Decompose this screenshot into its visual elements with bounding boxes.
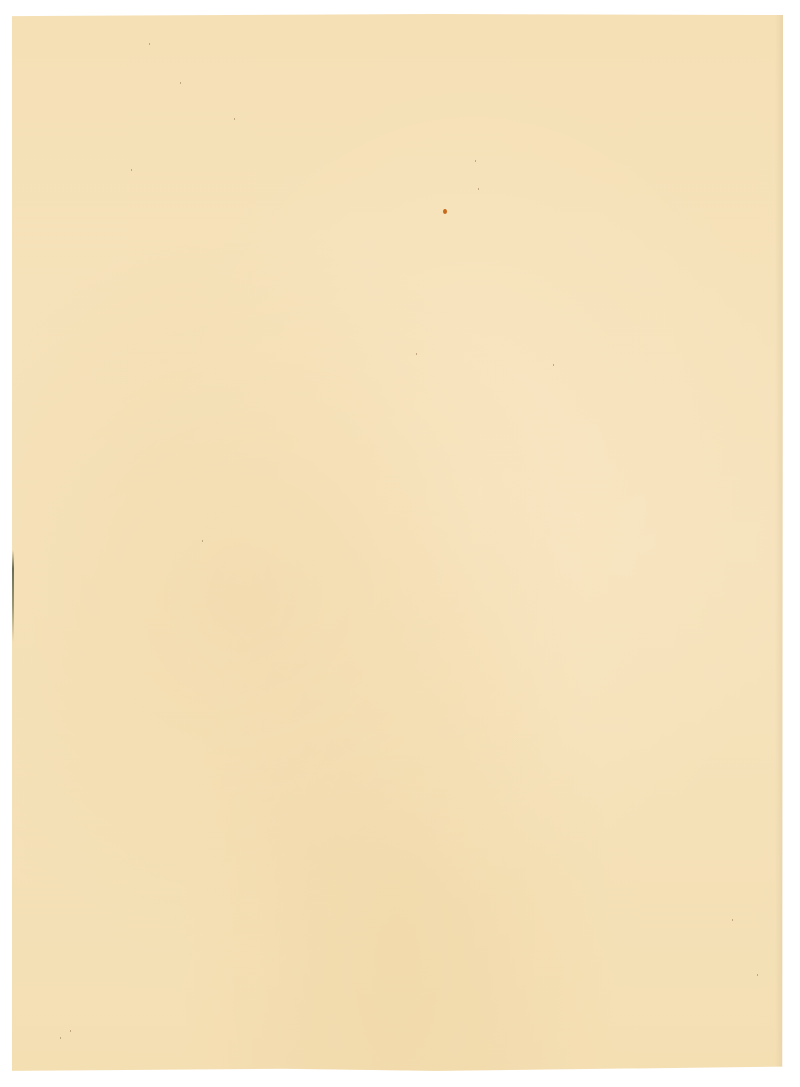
paper-sheet [12, 14, 783, 1073]
paper-speck [478, 188, 479, 190]
paper-speck [60, 1037, 61, 1039]
paper-speck [149, 43, 150, 45]
paper-speck [202, 540, 203, 542]
paper-speck [732, 919, 733, 921]
sheet-right-edge-shadow [775, 14, 783, 1073]
paper-speck [553, 364, 554, 366]
paper-speck [234, 118, 235, 120]
paper-speck [475, 160, 476, 162]
left-edge-mark [12, 550, 14, 642]
paper-speck [131, 169, 132, 171]
paper-speck [180, 82, 181, 84]
scan-canvas [0, 0, 800, 1087]
rust-spot [443, 209, 447, 214]
paper-speck [757, 974, 758, 976]
paper-speck [416, 353, 417, 355]
paper-speck [70, 1030, 71, 1032]
